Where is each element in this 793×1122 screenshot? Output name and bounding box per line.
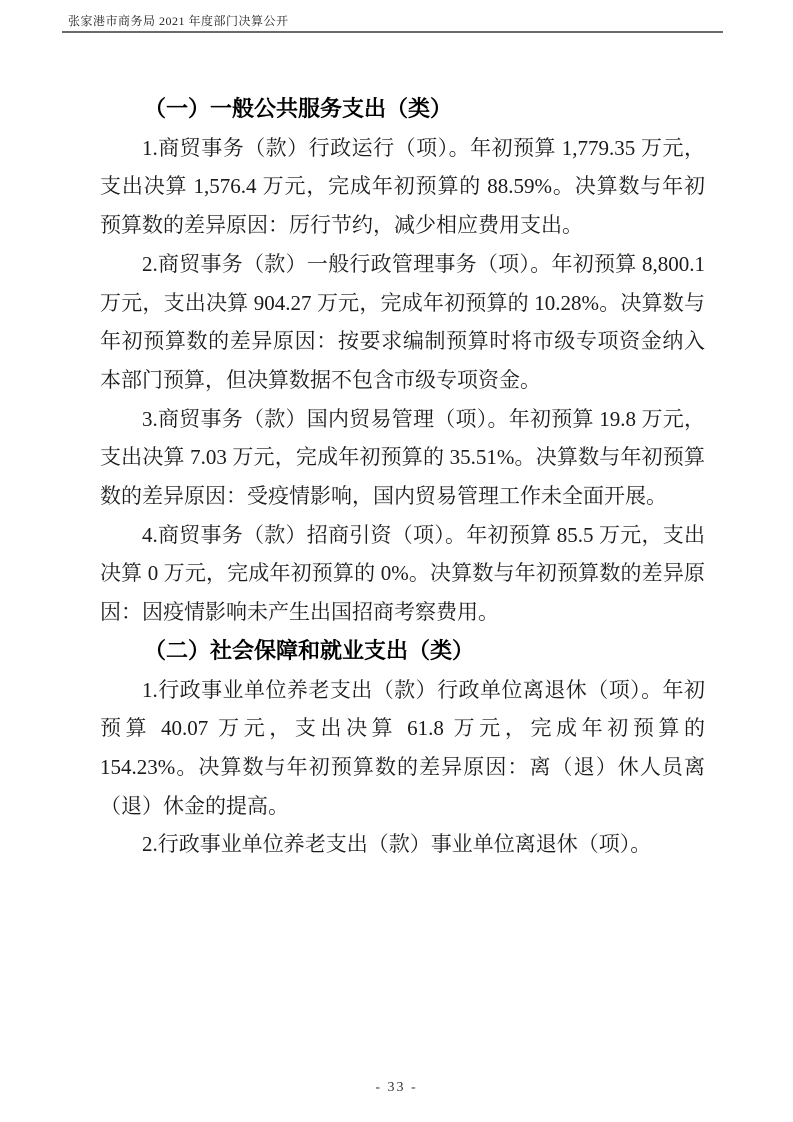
paragraph: 4.商贸事务（款）招商引资（项）。年初预算 85.5 万元，支出决算 0 万元，… xyxy=(100,516,705,632)
paragraph: 1.商贸事务（款）行政运行（项）。年初预算 1,779.35 万元，支出决算 1… xyxy=(100,129,705,245)
document-page: 张家港市商务局 2021 年度部门决算公开 （一）一般公共服务支出（类） 1.商… xyxy=(0,0,793,1122)
page-footer: - 33 - xyxy=(0,1078,793,1096)
page-number: - 33 - xyxy=(375,1080,417,1095)
paragraph: 2.商贸事务（款）一般行政管理事务（项）。年初预算 8,800.1 万元，支出决… xyxy=(100,245,705,400)
header-title: 张家港市商务局 2021 年度部门决算公开 xyxy=(68,12,289,29)
section-heading: （二）社会保障和就业支出（类） xyxy=(100,632,705,671)
header-rule xyxy=(62,31,723,33)
document-body: （一）一般公共服务支出（类） 1.商贸事务（款）行政运行（项）。年初预算 1,7… xyxy=(100,90,705,864)
paragraph: 1.行政事业单位养老支出（款）行政单位离退休（项）。年初预算 40.07 万元，… xyxy=(100,671,705,826)
paragraph: 3.商贸事务（款）国内贸易管理（项）。年初预算 19.8 万元，支出决算 7.0… xyxy=(100,400,705,516)
section-heading: （一）一般公共服务支出（类） xyxy=(100,90,705,129)
paragraph: 2.行政事业单位养老支出（款）事业单位离退休（项）。 xyxy=(100,825,705,864)
